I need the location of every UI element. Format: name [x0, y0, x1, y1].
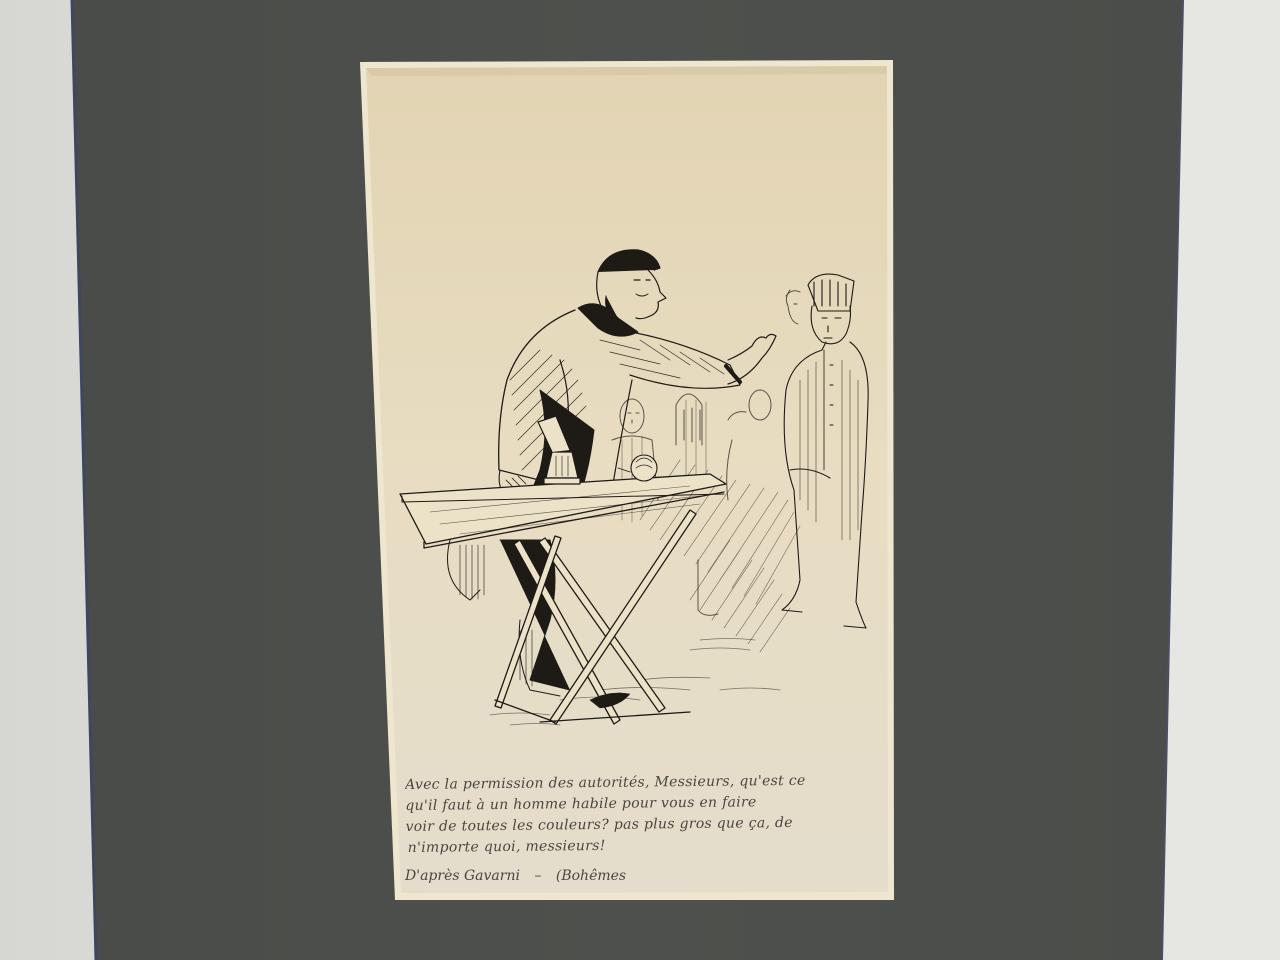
attribution-text: D'après Gavarni: [405, 868, 520, 884]
boy-in-cap: [782, 274, 868, 628]
attribution-separator: –: [534, 868, 541, 884]
background-hatching: [622, 400, 800, 652]
onlooker-behind-boy: [786, 290, 800, 324]
attribution: D'après Gavarni – (Bohêmes: [405, 868, 626, 884]
handwritten-caption: Avec la permission des autorités, Messie…: [405, 770, 886, 859]
ball: [618, 455, 657, 481]
series-title: (Bohêmes: [556, 868, 626, 884]
ground-shading: [490, 639, 780, 726]
